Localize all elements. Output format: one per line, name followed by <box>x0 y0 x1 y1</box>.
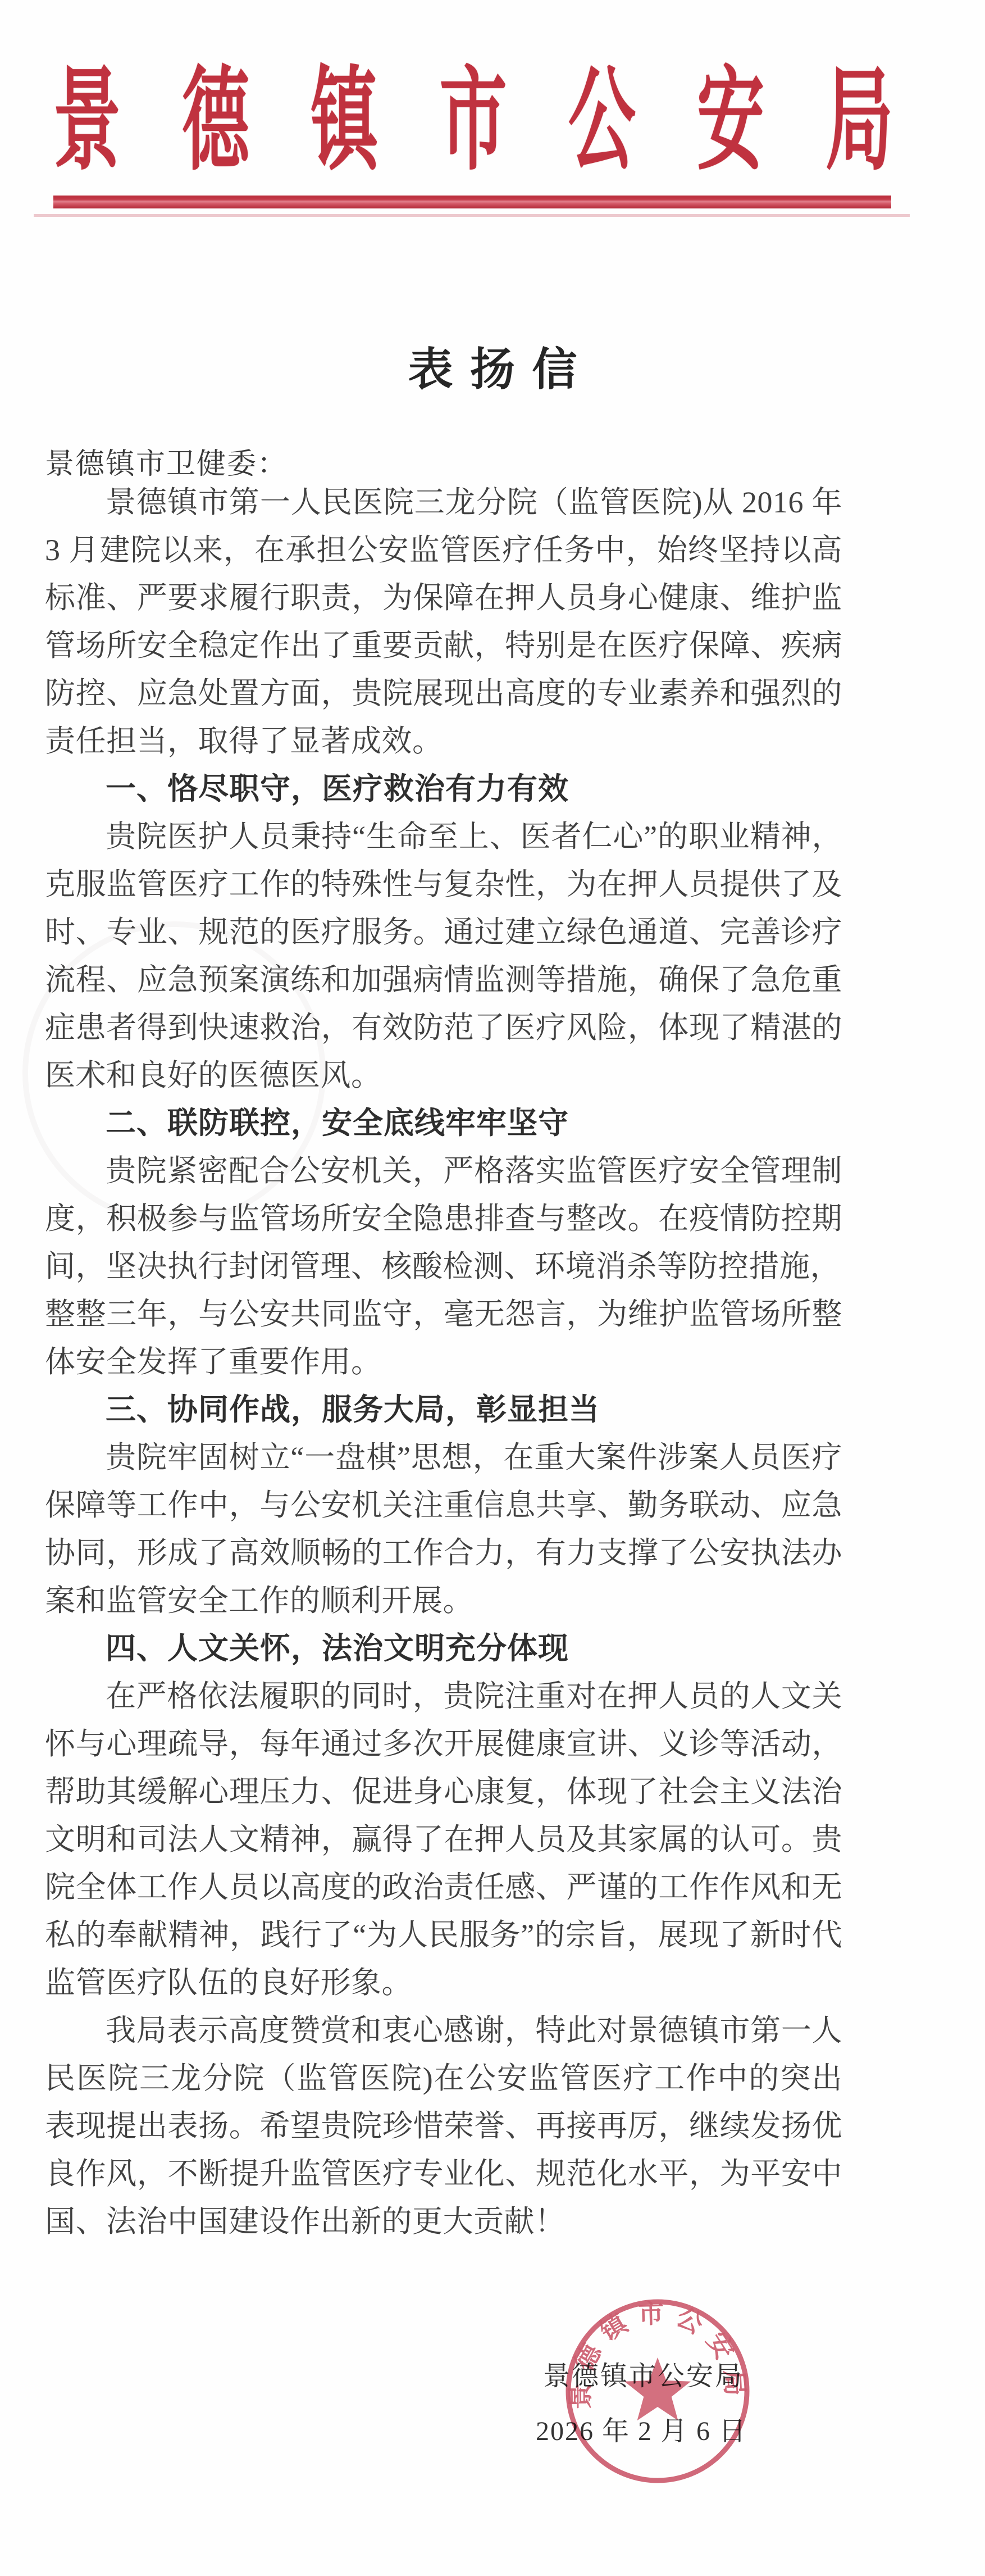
letterhead-rule <box>53 196 891 208</box>
salutation: 景德镇市卫健委： <box>45 440 288 482</box>
official-seal: 景德镇市公安局 <box>563 2297 752 2486</box>
paragraph-section-4: 在严格依法履职的同时，贵院注重对在押人员的人文关怀与心理疏导，每年通过多次开展健… <box>45 1673 842 2007</box>
seal-graphic: 景德镇市公安局 <box>563 2297 752 2486</box>
section-heading-2: 二、联防联控，安全底线牢牢坚守 <box>45 1100 842 1147</box>
section-heading-4: 四、人文关怀，法治文明充分体现 <box>45 1625 842 1673</box>
letterhead-agency-name: 景德镇市公安局 <box>53 63 954 181</box>
letter-body: 景德镇市第一人民医院三龙分院（监管医院)从 2016 年 3 月建院以来，在承担… <box>45 479 842 2246</box>
paragraph-section-2a: 贵院紧密配合公安机关，严格落实监管医疗安全管理制度，积极参与监管场所安全隐患排查… <box>45 1147 842 1291</box>
paragraph-section-1: 贵院医护人员秉持“生命至上、医者仁心”的职业精神，克服监管医疗工作的特殊性与复杂… <box>45 813 842 1100</box>
scanned-letter-page: 景德镇市公安局 表扬信 景德镇市卫健委： 景德镇市第一人民医院三龙分院（监管医院… <box>0 0 985 2576</box>
seal-star-icon <box>624 2357 691 2420</box>
paragraph-section-3: 贵院牢固树立“一盘棋”思想，在重大案件涉案人员医疗保障等工作中，与公安机关注重信… <box>45 1434 842 1625</box>
paragraph-intro: 景德镇市第一人民医院三龙分院（监管医院)从 2016 年 3 月建院以来，在承担… <box>45 479 842 765</box>
letterhead-rule-echo <box>34 214 910 217</box>
section-heading-3: 三、协同作战，服务大局，彰显担当 <box>45 1386 842 1434</box>
document-title: 表扬信 <box>0 333 985 398</box>
paragraph-closing: 我局表示高度赞赏和衷心感谢，特此对景德镇市第一人民医院三龙分院（监管医院)在公安… <box>45 2007 842 2246</box>
section-heading-1: 一、恪尽职守，医疗救治有力有效 <box>45 765 842 813</box>
paragraph-section-2b: 整整三年，与公安共同监守，毫无怨言，为维护监管场所整体安全发挥了重要作用。 <box>45 1291 842 1386</box>
